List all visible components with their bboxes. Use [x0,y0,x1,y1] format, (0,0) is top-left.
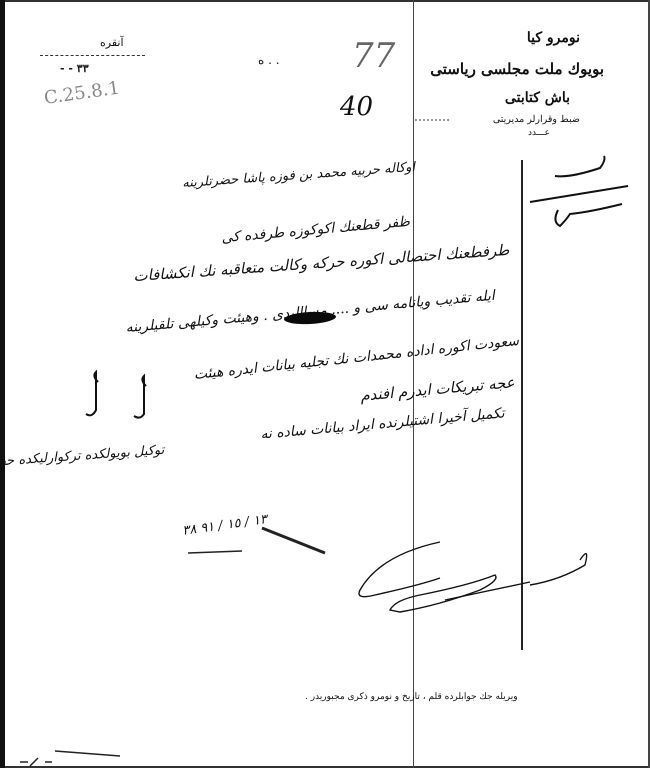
margin-annotation [530,156,628,226]
date-underline-stroke [262,528,325,553]
scanned-document-page: نومرو کیا بویوك ملت مجلسی ریاستی باش کتا… [0,0,650,768]
redaction-mark [284,311,337,326]
date-underline-small [188,551,242,553]
bracket-mark-right [134,376,146,418]
bracket-mark-left [86,372,98,415]
bottom-margin-marks [20,751,120,766]
faded-stamp-date: C.25.8.1 [43,78,121,109]
small-mark-top: ه . . [258,53,280,67]
handwriting-strokes-layer: C.25.8.1 ه . . [0,0,650,768]
signature [359,542,587,612]
